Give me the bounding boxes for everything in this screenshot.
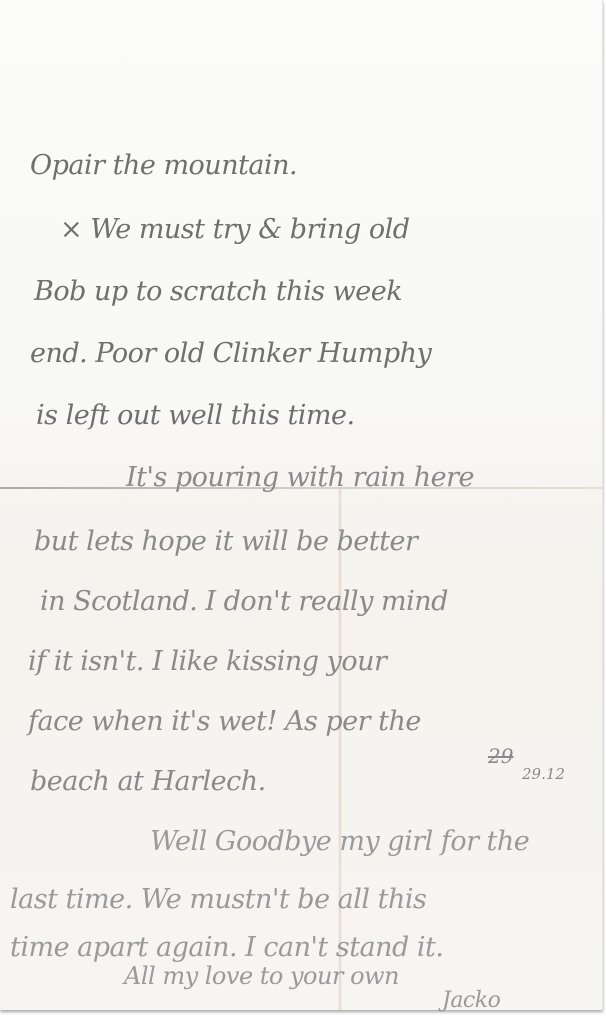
letter-line-2: × We must try & bring old [60,214,410,245]
letter-line-7: but lets hope it will be better [34,526,417,557]
letter-paper: Opair the mountain. × We must try & brin… [0,0,603,1010]
scanned-letter-page: Opair the mountain. × We must try & brin… [0,0,606,1024]
letter-line-4: end. Poor old Clinker Humphy [30,338,431,369]
letter-line-1: Opair the mountain. [30,150,297,181]
letter-line-3: Bob up to scratch this week [34,276,402,307]
letter-line-10: face when it's wet! As per the [28,706,421,737]
letter-line-12: Well Goodbye my girl for the [150,826,529,857]
letter-line-13: last time. We mustn't be all this [10,884,426,915]
struck-date-annotation: 29 [488,744,513,768]
letter-line-11: beach at Harlech. [30,766,266,797]
letter-line-6: It's pouring with rain here [126,462,474,493]
letter-line-5: is left out well this time. [36,400,355,431]
letter-line-14: time apart again. I can't stand it. [10,932,443,963]
letter-line-9: if it isn't. I like kissing your [28,646,386,677]
letter-signature: Jacko [442,988,500,1013]
faint-letterhead-impression [139,62,371,118]
corrected-date-annotation: 29.12 [522,765,565,783]
letter-line-15-closing: All my love to your own [124,962,399,990]
letter-line-8: in Scotland. I don't really mind [40,586,448,617]
